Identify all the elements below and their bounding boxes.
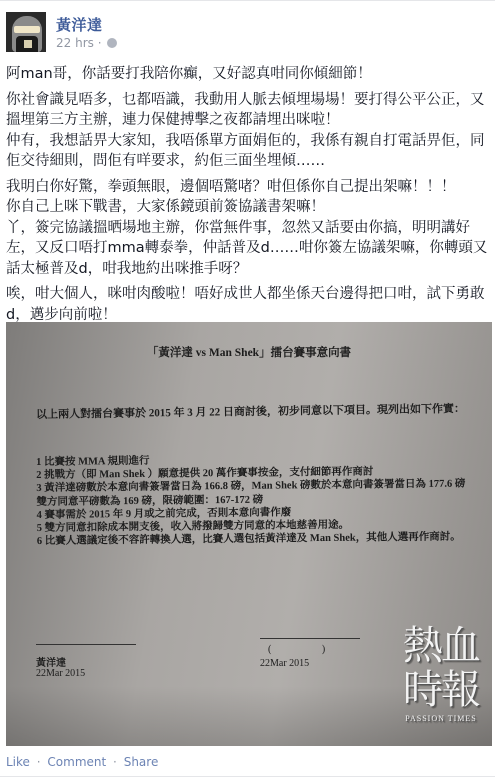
post-paragraph: 唉，咁大個人，咪咁肉酸啦！唔好成世人都坐係天台邊得把口咁，試下勇敢d，邁步向前啦… — [6, 284, 490, 325]
meta-separator: · — [98, 36, 102, 50]
timestamp[interactable]: 22 hrs — [56, 36, 94, 50]
top-divider — [0, 0, 495, 1]
author-name[interactable]: 黃洋達 — [56, 14, 103, 35]
action-separator: · — [37, 755, 41, 769]
signature-line-right — [260, 638, 360, 639]
signature-date-right: 22Mar 2015 — [260, 658, 309, 669]
avatar-mask-mark — [24, 40, 32, 48]
post-body: 阿man哥，你話要打我陪你癲，又好認真咁同你傾細節！ 你社會識見唔多，乜都唔識，… — [6, 64, 490, 330]
post-meta: 22 hrs · — [56, 36, 117, 50]
watermark-line1: 熱血 — [398, 624, 484, 668]
post-paragraph: 阿man哥，你話要打我陪你癲，又好認真咁同你傾細節！ — [6, 64, 490, 85]
post-header: 黃洋達 22 hrs · — [6, 12, 486, 54]
document-title: 「黃洋達 vs Man Shek」擂台賽事意向書 — [6, 344, 492, 360]
bottom-divider — [0, 776, 495, 777]
post-paragraph: 你自己上咪下戰書，大家係鏡頭前簽協議書架嘛！ — [6, 197, 490, 218]
avatar[interactable] — [6, 12, 46, 52]
signature-name-right: ( ) — [268, 644, 325, 655]
post-paragraph: 丫，簽完協議搵晒場地主辦，你當無件事，忽然又話要由你搞，明明講好左，又反口唔打m… — [6, 218, 490, 280]
document-intro: 以上兩人對擂台賽事於 2015 年 3 月 22 日商討後，初步同意以下項目。現… — [36, 400, 465, 422]
signature-name-left: 黃洋達 — [36, 654, 66, 669]
post-photo[interactable]: 「黃洋達 vs Man Shek」擂台賽事意向書 以上兩人對擂台賽事於 2015… — [6, 322, 492, 746]
share-button[interactable]: Share — [124, 755, 159, 769]
post-paragraph: 仲有，我想話畀大家知，我唔係單方面娟佢的，我係有親自打電話畀佢，同佢交待細則，問… — [6, 131, 490, 172]
like-button[interactable]: Like — [6, 755, 30, 769]
signature-date-left: 22Mar 2015 — [36, 668, 85, 679]
post-paragraph: 我明白你好驚，拳頭無眼，邊個唔驚啫？咁但係你自己提出架嘛！！！ — [6, 177, 490, 198]
post-paragraph: 你社會識見唔多，乜都唔識，我動用人脈去傾埋場場！要打得公平公正，又搵埋第三方主辦… — [6, 90, 490, 131]
comment-button[interactable]: Comment — [47, 755, 106, 769]
document-items: 1 比賽按 MMA 規則進行 2 挑戰方（即 Man Shek ）願意提供 20… — [36, 452, 466, 549]
avatar-glasses — [14, 26, 40, 33]
watermark-line2: 時報 — [398, 668, 484, 712]
post-actions: Like · Comment · Share — [6, 755, 158, 769]
action-separator: · — [113, 755, 117, 769]
signature-line-left — [36, 644, 136, 645]
globe-icon[interactable] — [107, 38, 117, 48]
watermark-english: PASSION TIMES — [398, 714, 484, 723]
passion-times-watermark: 熱血 時報 PASSION TIMES — [398, 624, 484, 723]
